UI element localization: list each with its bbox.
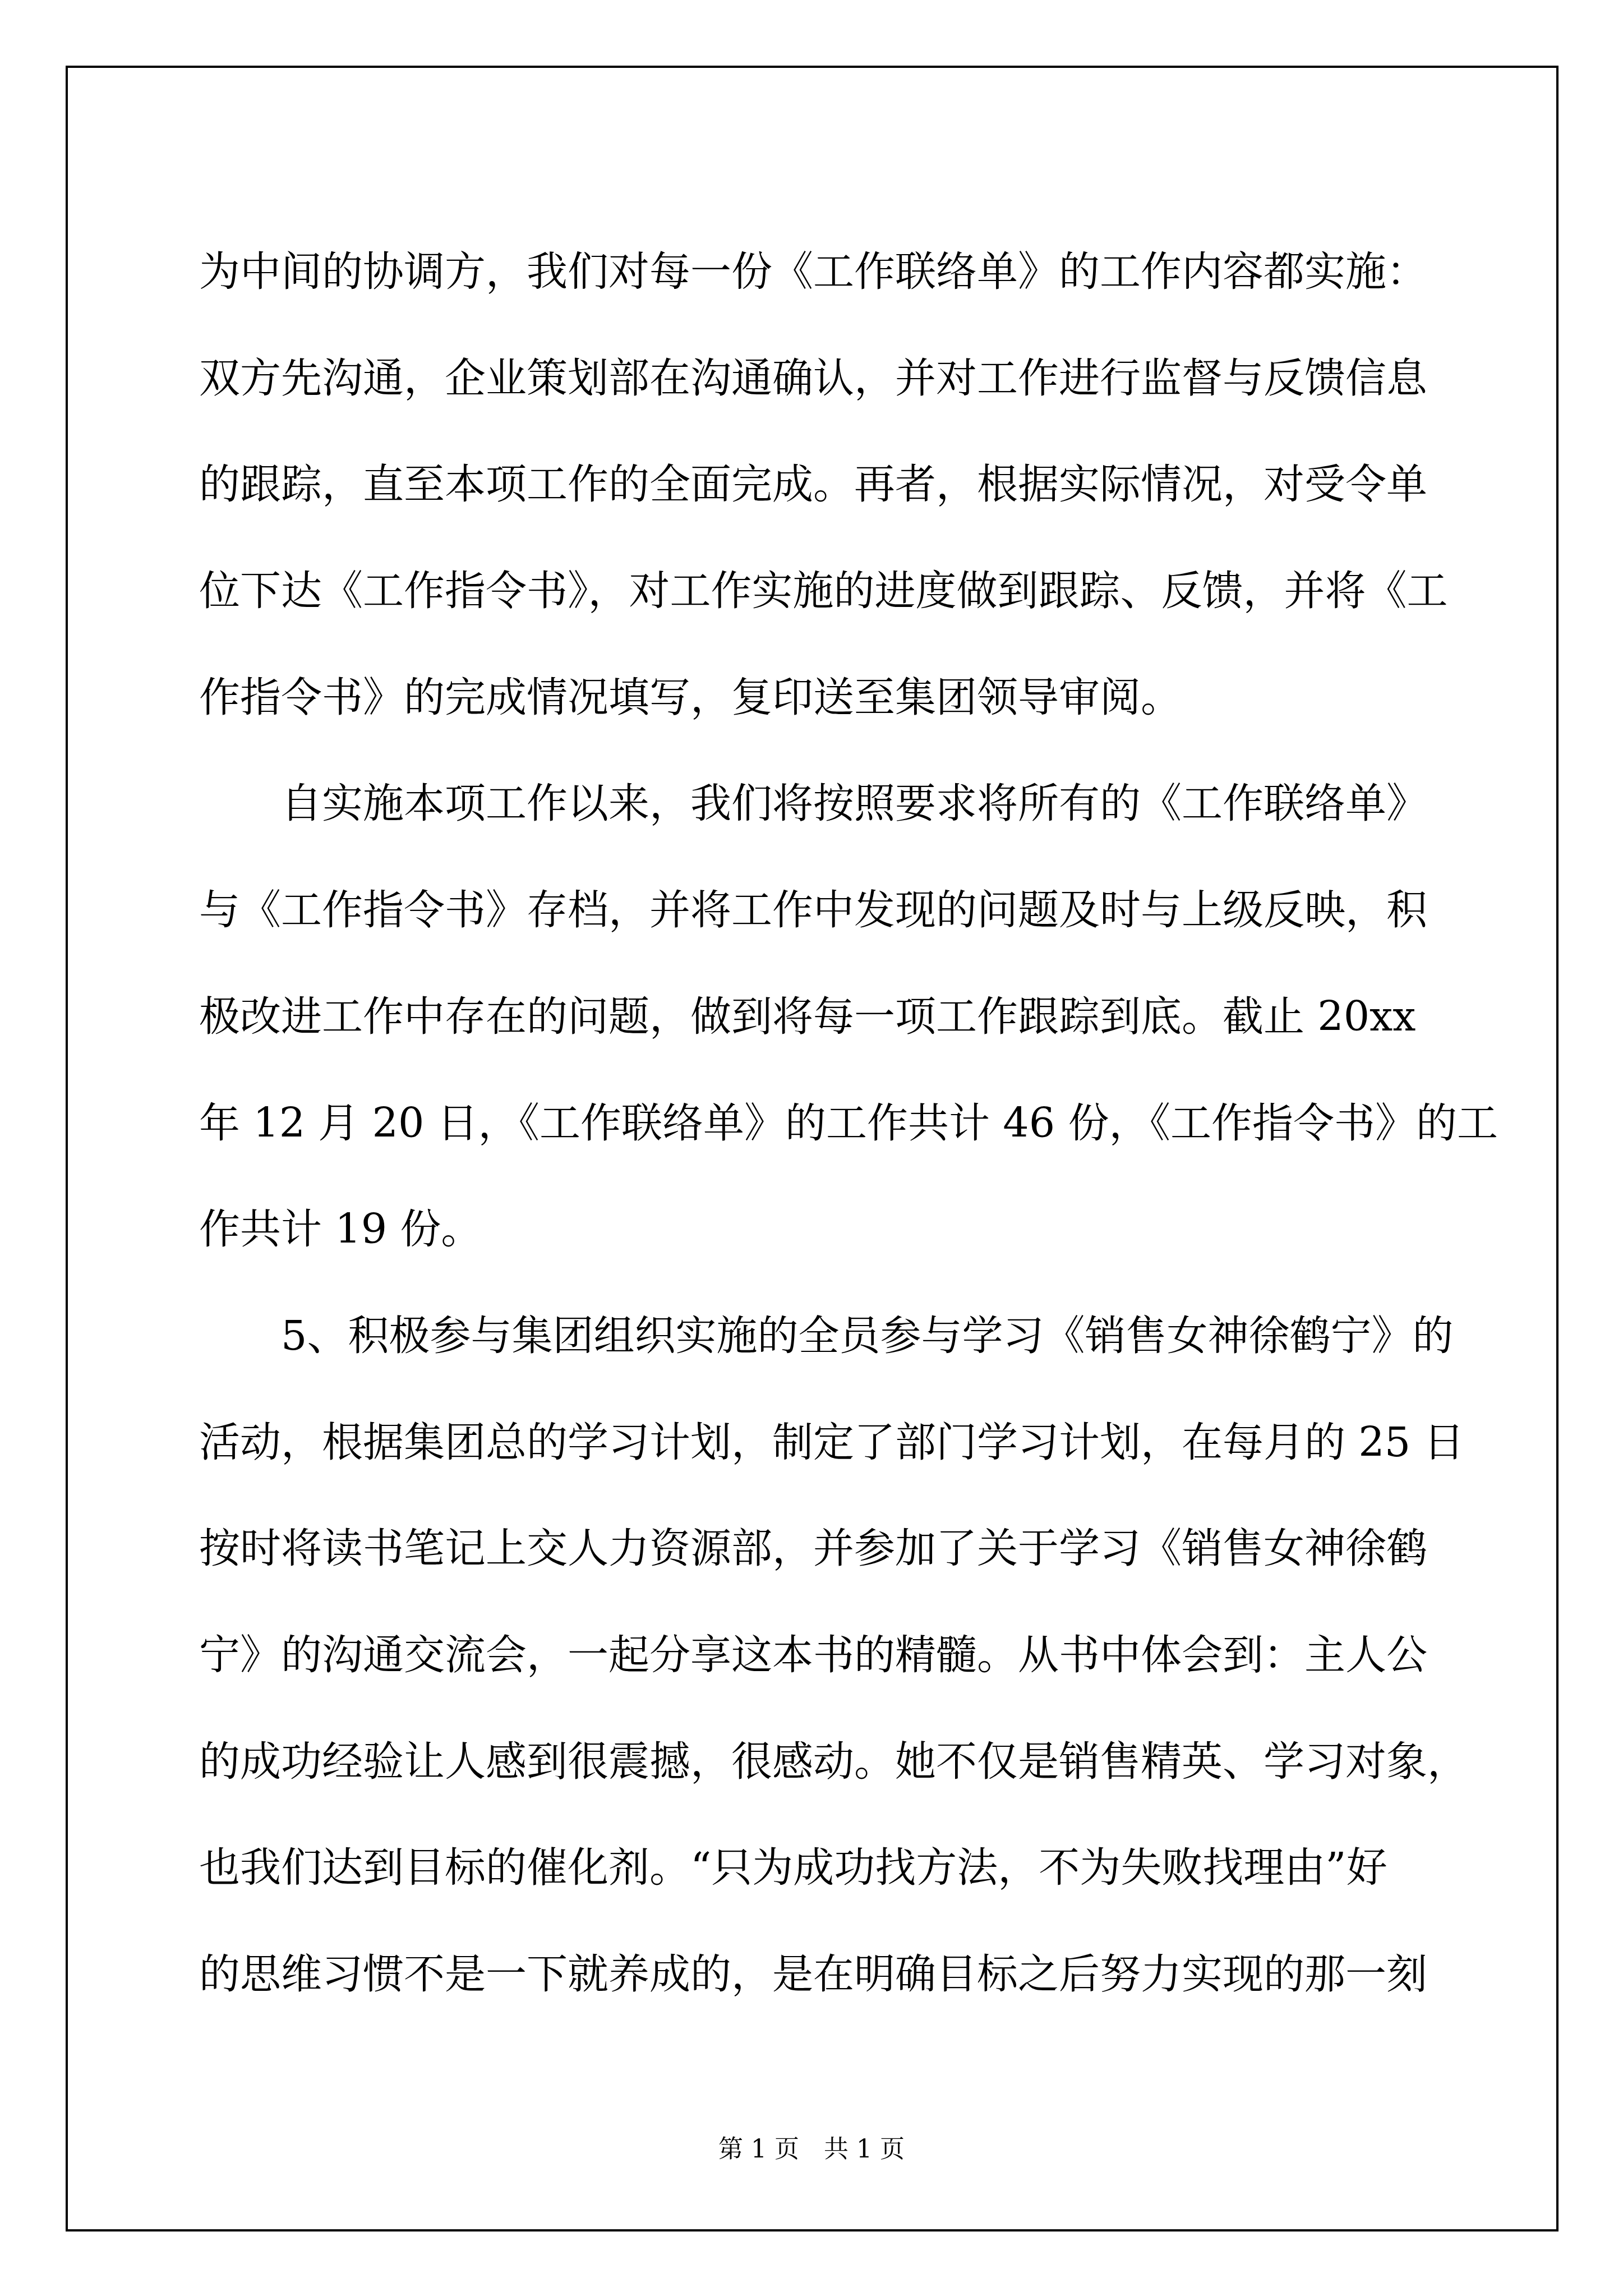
text-line: 双方先沟通，企业策划部在沟通确认，并对工作进行监督与反馈信息: [199, 325, 1433, 432]
text-line: 为中间的协调方，我们对每一份《工作联络单》的工作内容都实施：: [199, 219, 1433, 325]
paragraph-start-line: 5、积极参与集团组织实施的全员参与学习《销售女神徐鹤宁》的: [199, 1283, 1433, 1389]
text-line: 作共计 19 份。: [199, 1176, 1433, 1283]
text-line: 的跟踪，直至本项工作的全面完成。再者，根据实际情况，对受令单: [199, 431, 1433, 538]
page-number-footer: 第 1 页 共 1 页: [0, 2129, 1623, 2165]
text-line: 极改进工作中存在的问题，做到将每一项工作跟踪到底。截止 20xx: [199, 964, 1433, 1070]
text-line: 宁》的沟通交流会，一起分享这本书的精髓。从书中体会到：主人公: [199, 1602, 1433, 1709]
text-line: 年 12 月 20 日，《工作联络单》的工作共计 46 份，《工作指令书》的工: [199, 1070, 1433, 1177]
text-line: 按时将读书笔记上交人力资源部，并参加了关于学习《销售女神徐鹤: [199, 1496, 1433, 1602]
text-line: 位下达《工作指令书》，对工作实施的进度做到跟踪、反馈，并将《工: [199, 538, 1433, 645]
text-line: 与《工作指令书》存档，并将工作中发现的问题及时与上级反映，积: [199, 857, 1433, 964]
paragraph-start-line: 自实施本项工作以来，我们将按照要求将所有的《工作联络单》: [199, 751, 1433, 857]
text-line: 活动，根据集团总的学习计划，制定了部门学习计划，在每月的 25 日: [199, 1389, 1433, 1496]
document-body: 为中间的协调方，我们对每一份《工作联络单》的工作内容都实施： 双方先沟通，企业策…: [199, 219, 1433, 2028]
text-line: 作指令书》的完成情况填写，复印送至集团领导审阅。: [199, 645, 1433, 751]
text-line: 的思维习惯不是一下就养成的，是在明确目标之后努力实现的那一刻: [199, 1921, 1433, 2028]
text-line: 也我们达到目标的催化剂。“只为成功找方法，不为失败找理由”好: [199, 1815, 1433, 1921]
text-line: 的成功经验让人感到很震撼，很感动。她不仅是销售精英、学习对象，: [199, 1709, 1433, 1815]
